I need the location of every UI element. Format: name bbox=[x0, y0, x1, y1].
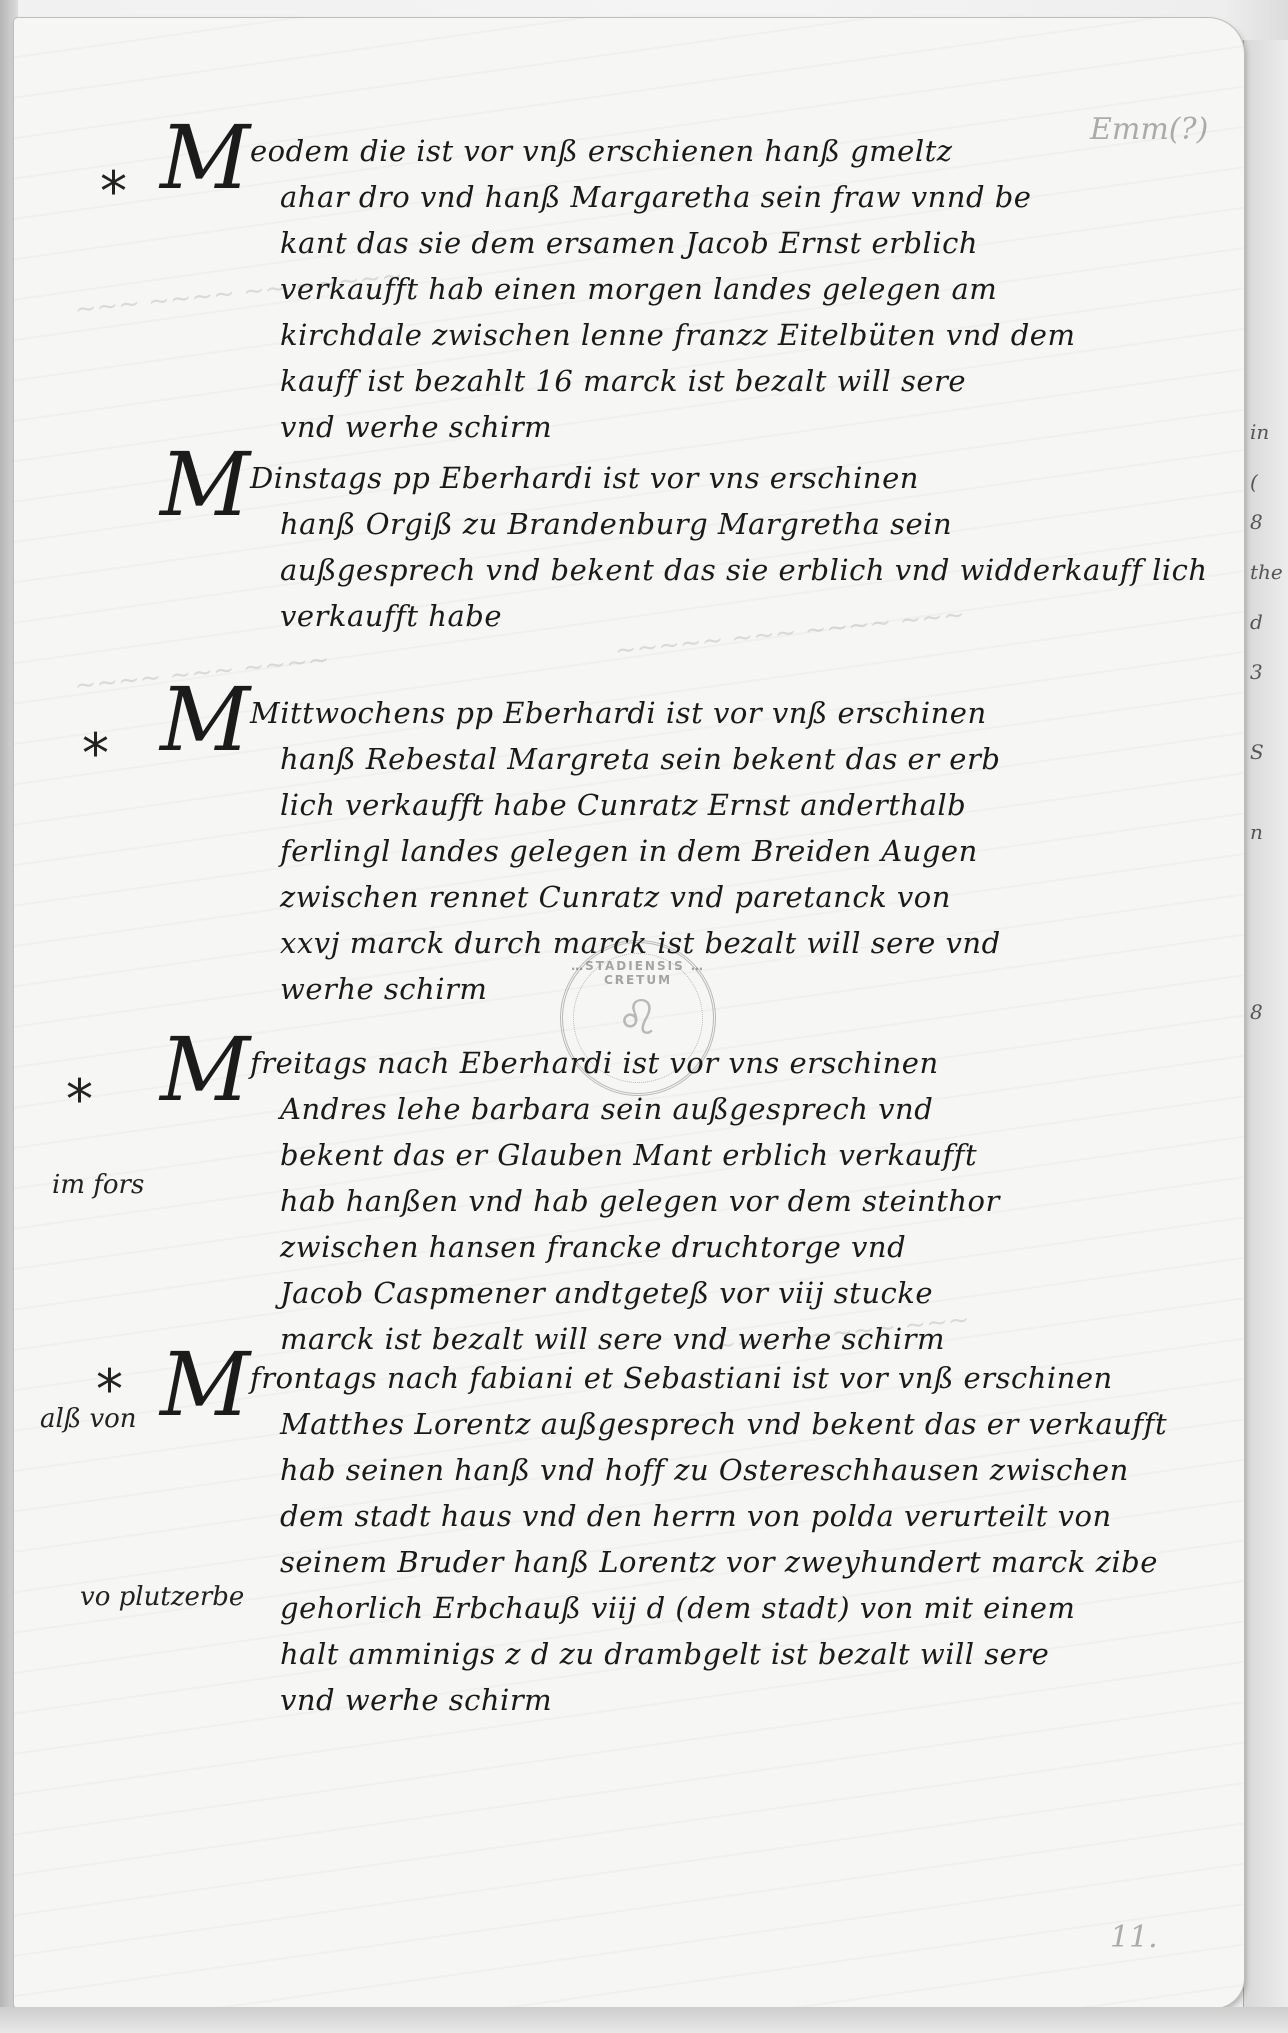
entry-line: Andres lehe barbara sein außgesprech vnd bbox=[170, 1086, 1200, 1132]
ledger-entry-2: M Dinstags pp Eberhardi ist vor vns ersc… bbox=[170, 455, 1200, 639]
entry-line: ahar dro vnd hanß Margaretha sein fraw v… bbox=[170, 174, 1200, 220]
edge-fragment: ( bbox=[1250, 470, 1258, 494]
edge-fragment: the bbox=[1250, 560, 1283, 584]
edge-fragment: S bbox=[1250, 740, 1264, 764]
entry-line: eodem die ist vor vnß erschienen hanß gm… bbox=[170, 128, 1200, 174]
entry-initial: M bbox=[160, 114, 250, 202]
ledger-entry-4: M freitags nach Eberhardi ist vor vns er… bbox=[170, 1040, 1200, 1362]
entry-line: vnd werhe schirm bbox=[170, 404, 1200, 450]
entry-line: verkaufft habe bbox=[170, 593, 1200, 639]
ledger-entry-5: M frontags nach fabiani et Sebastiani is… bbox=[170, 1355, 1200, 1723]
entry-line: hanß Rebestal Margreta sein bekent das e… bbox=[170, 736, 1200, 782]
asterisk-mark: * bbox=[100, 160, 127, 223]
entry-line: ferlingl landes gelegen in dem Breiden A… bbox=[170, 828, 1200, 874]
entry-line: hab seinen hanß vnd hoff zu Ostereschhau… bbox=[170, 1447, 1200, 1493]
edge-fragment: 8 bbox=[1250, 1000, 1263, 1024]
edge-fragment: n bbox=[1250, 820, 1263, 844]
scan-bottom-edge bbox=[0, 2007, 1288, 2033]
margin-note: alß von bbox=[40, 1404, 137, 1434]
entry-line: frontags nach fabiani et Sebastiani ist … bbox=[170, 1355, 1200, 1401]
entry-line: bekent das er Glauben Mant erblich verka… bbox=[170, 1132, 1200, 1178]
entry-line: xxvj marck durch marck ist bezalt will s… bbox=[170, 920, 1200, 966]
entry-line: kirchdale zwischen lenne franzz Eitelbüt… bbox=[170, 312, 1200, 358]
entry-line: zwischen hansen francke druchtorge vnd bbox=[170, 1224, 1200, 1270]
entry-initial: M bbox=[160, 676, 250, 764]
entry-line: verkaufft hab einen morgen landes gelege… bbox=[170, 266, 1200, 312]
page-number: 11. bbox=[1110, 1920, 1158, 1955]
entry-initial: M bbox=[160, 441, 250, 529]
entry-line: werhe schirm bbox=[170, 966, 1200, 1012]
margin-note: im fors bbox=[52, 1170, 144, 1200]
entry-initial: M bbox=[160, 1341, 250, 1429]
asterisk-mark: * bbox=[82, 722, 109, 785]
entry-line: kauff ist bezahlt 16 marck ist bezalt wi… bbox=[170, 358, 1200, 404]
entry-line: vnd werhe schirm bbox=[170, 1677, 1200, 1723]
entry-line: außgesprech vnd bekent das sie erblich v… bbox=[170, 547, 1200, 593]
next-page-edge: in ( 8 the d 3 S n 8 bbox=[1243, 40, 1288, 2010]
ledger-entry-3: M Mittwochens pp Eberhardi ist vor vnß e… bbox=[170, 690, 1200, 1012]
entry-line: Matthes Lorentz außgesprech vnd bekent d… bbox=[170, 1401, 1200, 1447]
entry-line: Mittwochens pp Eberhardi ist vor vnß ers… bbox=[170, 690, 1200, 736]
edge-fragment: d bbox=[1250, 610, 1263, 634]
ledger-entry-1: M eodem die ist vor vnß erschienen hanß … bbox=[170, 128, 1200, 450]
entry-line: gehorlich Erbchauß viij d (dem stadt) vo… bbox=[170, 1585, 1200, 1631]
entry-line: freitags nach Eberhardi ist vor vns ersc… bbox=[170, 1040, 1200, 1086]
entry-line: lich verkaufft habe Cunratz Ernst andert… bbox=[170, 782, 1200, 828]
entry-line: kant das sie dem ersamen Jacob Ernst erb… bbox=[170, 220, 1200, 266]
entry-line: zwischen rennet Cunratz vnd paretanck vo… bbox=[170, 874, 1200, 920]
entry-line: dem stadt haus vnd den herrn von polda v… bbox=[170, 1493, 1200, 1539]
edge-fragment: 8 bbox=[1250, 510, 1263, 534]
entry-initial: M bbox=[160, 1026, 250, 1114]
entry-line: Jacob Caspmener andtgeteß vor viij stuck… bbox=[170, 1270, 1200, 1316]
entry-line: halt amminigs z d zu drambgelt ist bezal… bbox=[170, 1631, 1200, 1677]
edge-fragment: 3 bbox=[1250, 660, 1263, 684]
entry-line: seinem Bruder hanß Lorentz vor zweyhunde… bbox=[170, 1539, 1200, 1585]
edge-fragment: in bbox=[1250, 420, 1269, 444]
entry-line: hab hanßen vnd hab gelegen vor dem stein… bbox=[170, 1178, 1200, 1224]
asterisk-mark: * bbox=[66, 1068, 93, 1131]
entry-line: hanß Orgiß zu Brandenburg Margretha sein bbox=[170, 501, 1200, 547]
entry-line: Dinstags pp Eberhardi ist vor vns erschi… bbox=[170, 455, 1200, 501]
